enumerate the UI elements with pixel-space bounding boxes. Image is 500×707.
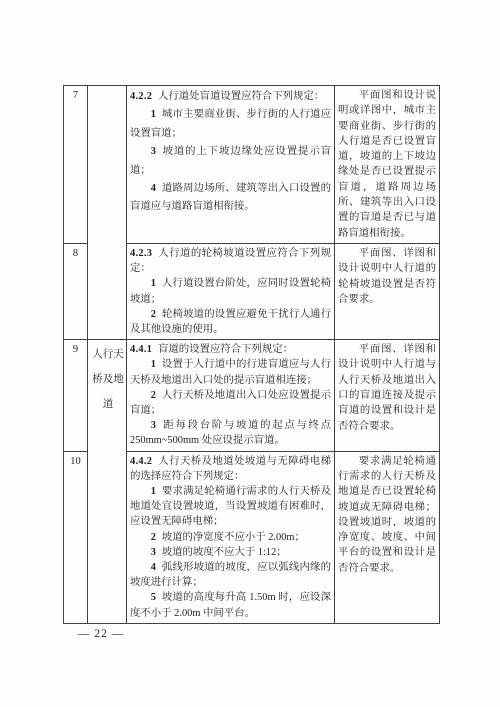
page-number: — 22 — [78, 628, 124, 640]
item-text: 坡道的坡度不应大于 1:12； [162, 547, 287, 558]
category-label: 人行天桥及地道 [91, 342, 125, 417]
clause-number: 4.4.1 [130, 344, 152, 355]
review-cell: 平面图、详图和设计说明中人行道与人行天桥及地道出入口的盲道连接及提示盲道的设置和… [335, 340, 440, 451]
item-number: 4 [151, 562, 156, 573]
clause-number: 4.2.3 [130, 248, 152, 259]
item-number: 3 [151, 146, 156, 157]
item-number: 4 [151, 183, 156, 194]
clause-intro-text: 盲道的设置应符合下列规定： [158, 344, 293, 355]
category-cell: 人行天桥及地道 [88, 340, 127, 624]
item-text: 要求满足轮椅通行需求的人行天桥及地道处宜设置坡道，当设置坡道有困难时，应设置无障… [130, 486, 331, 527]
review-cell: 平面图、详图和设计说明中人行道的轮椅坡道设置是否符合要求。 [335, 243, 440, 339]
clause-number: 4.2.2 [130, 91, 152, 102]
item-number: 2 [151, 532, 156, 543]
item-number: 1 [151, 486, 156, 497]
clause-heading: 4.4.2人行天桥及地道处坡道与无障碍电梯的选择应符合下列规定： [130, 454, 331, 484]
clause-item: 2轮椅坡道的设置应避免干扰行人通行及其他设施的使用。 [130, 307, 331, 337]
clause-item: 4道路周边场所、建筑等出入口设置的盲道应与道路盲道相衔接。 [130, 180, 331, 217]
item-text: 设置于人行道中的行进盲道应与人行天桥及地道出入口处的提示盲道相连接； [130, 359, 331, 385]
review-text: 平面图和设计说明或详图中，城市主要商业街、步行街的人行道是否已设置盲道，坡道的上… [338, 88, 436, 241]
item-number: 3 [151, 547, 156, 558]
item-number: 3 [151, 420, 156, 431]
requirement-cell: 4.2.3人行道的轮椅坡道设置应符合下列规定： 1人行道设置台阶处，应同时设置轮… [127, 243, 335, 339]
item-number: 1 [151, 109, 156, 120]
clause-intro-text: 人行天桥及地道处坡道与无障碍电梯的选择应符合下列规定： [130, 456, 331, 482]
clause-item: 2坡道的净宽度不应小于 2.00m； [130, 530, 331, 545]
requirement-cell: 4.2.2人行道处盲道设置应符合下列规定： 1城市主要商业街、步行街的人行道应设… [127, 86, 335, 244]
clause-heading: 4.2.3人行道的轮椅坡道设置应符合下列规定： [130, 246, 331, 276]
clause-intro-text: 人行道处盲道设置应符合下列规定： [158, 91, 324, 102]
document-page: 7 4.2.2人行道处盲道设置应符合下列规定： 1城市主要商业街、步行街的人行道… [0, 0, 500, 707]
item-number: 1 [151, 278, 156, 289]
clause-item: 2人行天桥及地道出入口处应设置提示盲道； [130, 388, 331, 418]
review-text: 平面图、详图和设计说明中人行道与人行天桥及地道出入口的盲道连接及提示盲道的设置和… [338, 342, 436, 434]
review-text: 平面图、详图和设计说明中人行道的轮椅坡道设置是否符合要求。 [338, 246, 436, 307]
category-cell-empty [88, 86, 127, 340]
clause-item: 3距每段台阶与坡道的起点与终点 250mm~500mm 处应设提示盲道。 [130, 418, 331, 448]
item-text: 人行天桥及地道出入口处应设置提示盲道； [130, 390, 331, 416]
table-row: 7 4.2.2人行道处盲道设置应符合下列规定： 1城市主要商业街、步行街的人行道… [64, 86, 440, 244]
item-text: 轮椅坡道的设置应避免干扰行人通行及其他设施的使用。 [130, 309, 331, 335]
item-text: 人行道设置台阶处，应同时设置轮椅坡道； [130, 278, 331, 304]
item-text: 距每段台阶与坡道的起点与终点 250mm~500mm 处应设提示盲道。 [130, 420, 331, 446]
clause-heading: 4.4.1盲道的设置应符合下列规定： [130, 342, 331, 357]
row-number-cell: 9 [64, 340, 88, 451]
row-number-cell: 10 [64, 451, 88, 623]
review-table: 7 4.2.2人行道处盲道设置应符合下列规定： 1城市主要商业街、步行街的人行道… [63, 85, 440, 624]
clause-item: 1设置于人行道中的行进盲道应与人行天桥及地道出入口处的提示盲道相连接； [130, 357, 331, 387]
requirement-cell: 4.4.1盲道的设置应符合下列规定： 1设置于人行道中的行进盲道应与人行天桥及地… [127, 340, 335, 451]
row-number-cell: 7 [64, 86, 88, 244]
item-text: 坡道的上下坡边缘处应设置提示盲道； [130, 146, 331, 175]
item-text: 坡道的净宽度不应小于 2.00m； [162, 532, 305, 543]
item-number: 5 [151, 592, 156, 603]
review-text: 要求满足轮椅通行需求的人行天桥及地道是否已设置轮椅坡道或无障碍电梯；设置坡道时，… [338, 454, 436, 576]
clause-heading: 4.2.2人行道处盲道设置应符合下列规定： [130, 88, 331, 106]
item-text: 弧线形坡道的坡度，应以弧线内缘的坡度进行计算； [130, 562, 331, 588]
clause-intro-text: 人行道的轮椅坡道设置应符合下列规定： [130, 248, 331, 274]
clause-number: 4.4.2 [130, 456, 152, 467]
item-text: 道路周边场所、建筑等出入口设置的盲道应与道路盲道相衔接。 [130, 183, 331, 212]
clause-item: 5坡道的高度每升高 1.50m 时，应设深度不小于 2.00m 中间平台。 [130, 590, 331, 620]
item-number: 1 [151, 359, 156, 370]
clause-item: 1城市主要商业街、步行街的人行道应设置盲道； [130, 106, 331, 143]
review-cell: 平面图和设计说明或详图中，城市主要商业街、步行街的人行道是否已设置盲道，坡道的上… [335, 86, 440, 244]
clause-item: 3坡道的上下坡边缘处应设置提示盲道； [130, 143, 331, 180]
review-cell: 要求满足轮椅通行需求的人行天桥及地道是否已设置轮椅坡道或无障碍电梯；设置坡道时，… [335, 451, 440, 623]
clause-item: 1要求满足轮椅通行需求的人行天桥及地道处宜设置坡道，当设置坡道有困难时，应设置无… [130, 484, 331, 530]
item-number: 2 [151, 390, 156, 401]
clause-item: 4弧线形坡道的坡度，应以弧线内缘的坡度进行计算； [130, 560, 331, 590]
clause-item: 3坡道的坡度不应大于 1:12； [130, 545, 331, 560]
row-number-cell: 8 [64, 243, 88, 339]
item-number: 2 [151, 309, 156, 320]
item-text: 城市主要商业街、步行街的人行道应设置盲道； [130, 109, 331, 138]
requirement-cell: 4.4.2人行天桥及地道处坡道与无障碍电梯的选择应符合下列规定： 1要求满足轮椅… [127, 451, 335, 623]
table-row: 9 人行天桥及地道 4.4.1盲道的设置应符合下列规定： 1设置于人行道中的行进… [64, 340, 440, 451]
clause-item: 1人行道设置台阶处，应同时设置轮椅坡道； [130, 276, 331, 306]
item-text: 坡道的高度每升高 1.50m 时，应设深度不小于 2.00m 中间平台。 [130, 592, 331, 618]
